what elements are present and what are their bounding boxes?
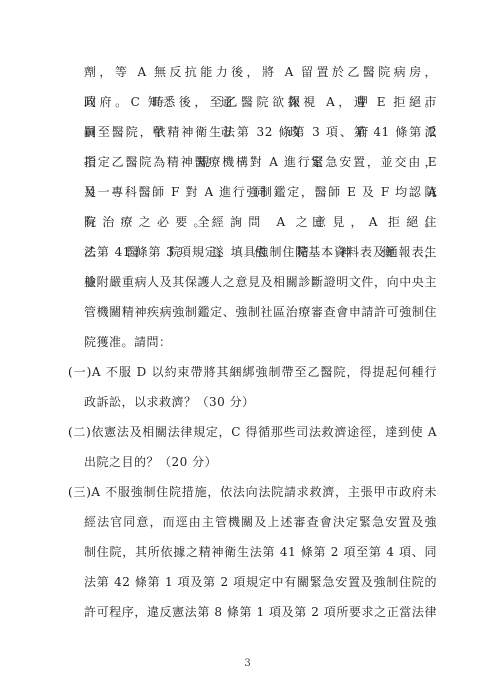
question-item-1-line: 政訴訟，以求救濟？（30 分） (84, 387, 437, 417)
question-item-1-line: (一)A 不服 D 以約束帶將其綑綁強制帶至乙醫院，得提起何種行 (84, 357, 437, 387)
question-item-3-line: 許可程序，違反憲法第 8 條第 1 項及第 2 項所要求之正當法律 (84, 597, 437, 627)
text-line: 管機關精神疾病強制鑑定、強制社區治療審查會申請許可強制住 (84, 297, 437, 327)
text-line: 院獲准。請問： (84, 327, 437, 357)
text-line: 法第 41 條第 3 項規定，填具強制住院基本資料表及通報表，並 (84, 237, 437, 267)
question-item-3-line: 制住院，其所依據之精神衛生法第 41 條第 2 項至第 4 項、同 (84, 537, 437, 567)
question-item-3-line: 法第 42 條第 1 項及第 2 項規定中有關緊急安置及強制住院的 (84, 567, 437, 597)
document-text-block: 劑，等 A 無反抗能力後，將 A 留置於乙醫院病房，同時通報甲市 政府。C 知悉… (84, 57, 437, 627)
question-item-2-line: 出院之目的？（20 分） (84, 447, 437, 477)
text-line: 劑，等 A 無反抗能力後，將 A 留置於乙醫院病房，同時通報甲市 (84, 57, 437, 87)
text-line: 檢附嚴重病人及其保護人之意見及相關診斷證明文件，向中央主 (84, 267, 437, 297)
text-line: 政府。C 知悉後，至乙醫院欲探視 A，遭 E 拒絕。嗣甲市政府派 (84, 87, 437, 117)
question-item-3-line: 經法官同意，而逕由主管機關及上述審查會決定緊急安置及強 (84, 507, 437, 537)
text-line: 院治療之必要。經詢問 A 之意見，A 拒絕。乙醫院遂依精神衛生 (84, 207, 437, 237)
document-page: 劑，等 A 無反抗能力後，將 A 留置於乙醫院病房，同時通報甲市 政府。C 知悉… (0, 0, 495, 700)
question-item-3-line: (三)A 不服強制住院措施，依法向法院請求救濟，主張甲市政府未 (84, 477, 437, 507)
question-item-2-line: (二)依憲法及相關法律規定，C 得循那些司法救濟途徑，達到使 A (84, 417, 437, 447)
text-line: 指定乙醫院為精神醫療機構對 A 進行緊急安置，並交由 E 及同院 (84, 147, 437, 177)
text-line: 員至醫院，依精神衛生法第 32 條第 3 項、第 41 條第 2 項規定， (84, 117, 437, 147)
page-number: 3 (0, 658, 495, 669)
text-line: 另一專科醫師 F 對 A 進行強制鑑定，醫師 E 及 F 均認 A 有全日住 (84, 177, 437, 207)
